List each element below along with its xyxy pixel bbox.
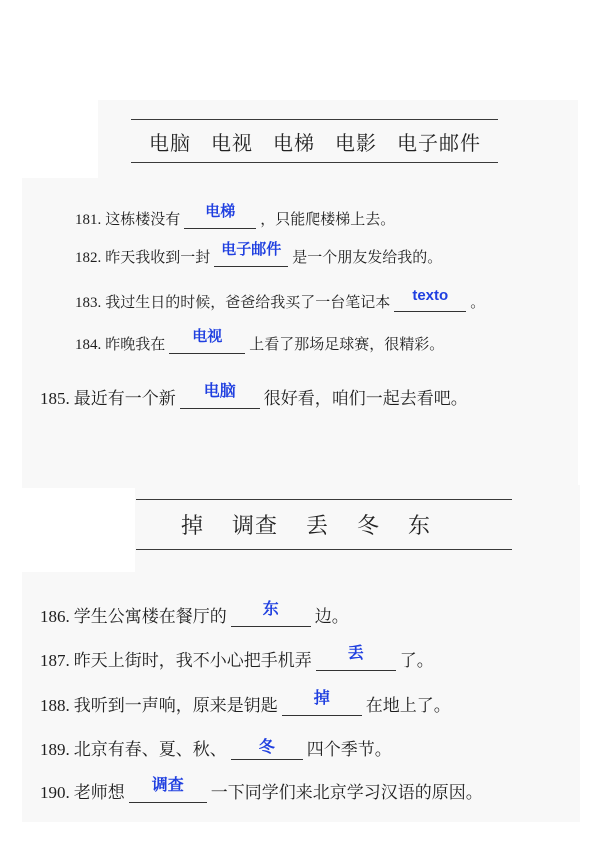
answer-text: 电脑	[180, 378, 260, 401]
word-bank-item: 电影	[335, 127, 377, 156]
answer-blank[interactable]: 电脑	[180, 390, 260, 409]
exercise-item-186: 186. 学生公寓楼在餐厅的 东 边。	[40, 602, 349, 627]
item-text-before: 昨天上街时，我不小心把手机弄	[74, 646, 312, 671]
answer-text: 电视	[169, 325, 245, 346]
wordbank-2-bottom-rule	[136, 549, 512, 550]
item-text-after: 是一个朋友发给我的。	[292, 246, 442, 267]
item-text-after: 。	[470, 291, 485, 312]
item-number: 181.	[75, 212, 101, 229]
item-text-before: 老师想	[74, 778, 125, 803]
answer-blank[interactable]: 掉	[282, 697, 362, 716]
item-text-after: 在地上了。	[366, 691, 451, 716]
answer-blank[interactable]: texto	[394, 295, 466, 312]
answer-blank[interactable]: 电视	[169, 337, 245, 354]
exercise-item-187: 187. 昨天上街时，我不小心把手机弄 丢 了。	[40, 646, 434, 671]
scan-patch-2	[22, 363, 578, 488]
item-number: 184.	[75, 337, 101, 354]
answer-text: 调查	[129, 772, 207, 795]
answer-blank[interactable]: 调查	[129, 784, 207, 803]
wordbank-1-bottom-rule	[131, 162, 498, 163]
answer-text: 电子邮件	[214, 238, 288, 259]
item-text-after: 四个季节。	[307, 735, 392, 760]
item-number: 189.	[40, 740, 70, 760]
item-number: 187.	[40, 651, 70, 671]
item-text-after: 了。	[400, 646, 434, 671]
item-text-before: 我听到一声响，原来是钥匙	[74, 691, 278, 716]
exercise-item-184: 184. 昨晚我在 电视 上看了那场足球赛，很精彩。	[75, 333, 444, 354]
answer-blank[interactable]: 电梯	[184, 212, 256, 229]
wordbank-1-top-rule	[131, 119, 498, 120]
answer-blank[interactable]: 电子邮件	[214, 250, 288, 267]
answer-text: texto	[394, 287, 466, 304]
exercise-item-189: 189. 北京有春、夏、秋、 冬 四个季节。	[40, 735, 392, 760]
word-bank-item: 掉	[181, 509, 204, 540]
item-text-after: 很好看，咱们一起去看吧。	[264, 384, 468, 409]
exercise-item-182: 182. 昨天我收到一封 电子邮件 是一个朋友发给我的。	[75, 246, 442, 267]
answer-text: 东	[231, 596, 311, 619]
item-number: 188.	[40, 696, 70, 716]
answer-blank[interactable]: 冬	[231, 741, 303, 760]
word-bank-1: 电脑 电视 电梯 电影 电子邮件	[120, 127, 510, 155]
item-number: 185.	[40, 389, 70, 409]
item-text-before: 昨晚我在	[105, 333, 165, 354]
word-bank-item: 调查	[232, 509, 278, 540]
word-bank-item: 东	[408, 509, 431, 540]
item-text-before: 我过生日的时候，爸爸给我买了一台笔记本	[105, 291, 390, 312]
item-number: 190.	[40, 783, 70, 803]
item-text-after: ，只能爬楼梯上去。	[260, 208, 395, 229]
item-number: 183.	[75, 295, 101, 312]
word-bank-item: 丢	[306, 509, 329, 540]
item-text-after: 边。	[315, 602, 349, 627]
exercise-item-185: 185. 最近有一个新 电脑 很好看，咱们一起去看吧。	[40, 384, 468, 409]
item-text-before: 最近有一个新	[74, 384, 176, 409]
answer-blank[interactable]: 丢	[316, 652, 396, 671]
exercise-item-190: 190. 老师想 调查 一下同学们来北京学习汉语的原因。	[40, 778, 483, 803]
wordbank-2-top-rule	[136, 499, 512, 500]
answer-text: 丢	[316, 640, 396, 663]
item-text-after: 一下同学们来北京学习汉语的原因。	[211, 778, 483, 803]
item-number: 186.	[40, 607, 70, 627]
item-text-before: 学生公寓楼在餐厅的	[74, 602, 227, 627]
answer-text: 掉	[282, 685, 362, 708]
item-number: 182.	[75, 250, 101, 267]
item-text-before: 北京有春、夏、秋、	[74, 735, 227, 760]
word-bank-item: 电梯	[273, 127, 315, 156]
item-text-before: 昨天我收到一封	[105, 246, 210, 267]
word-bank-2: 掉 调查 丢 冬 东	[136, 508, 476, 540]
answer-text: 冬	[231, 734, 303, 757]
item-text-before: 这栋楼没有	[105, 208, 180, 229]
item-text-after: 上看了那场足球赛，很精彩。	[249, 333, 444, 354]
word-bank-item: 电脑	[149, 127, 191, 156]
exercise-item-181: 181. 这栋楼没有 电梯 ，只能爬楼梯上去。	[75, 208, 395, 229]
word-bank-item: 电子邮件	[397, 127, 481, 156]
exercise-item-183: 183. 我过生日的时候，爸爸给我买了一台笔记本 texto 。	[75, 291, 485, 312]
word-bank-item: 冬	[357, 509, 380, 540]
answer-blank[interactable]: 东	[231, 608, 311, 627]
exercise-item-188: 188. 我听到一声响，原来是钥匙 掉 在地上了。	[40, 691, 451, 716]
word-bank-item: 电视	[211, 127, 253, 156]
answer-text: 电梯	[184, 200, 256, 221]
